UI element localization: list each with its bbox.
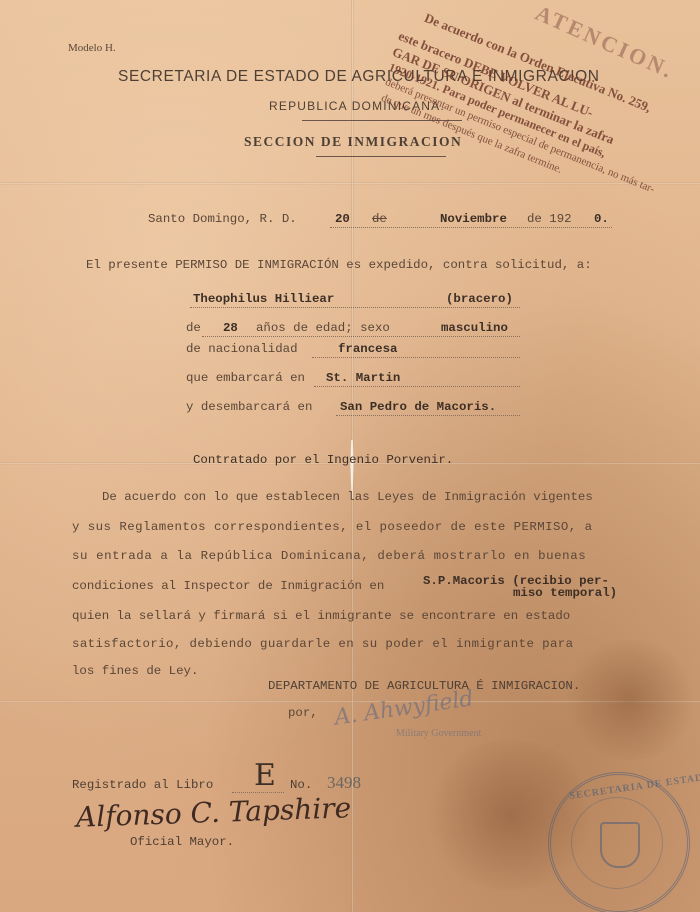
officer-title: Military Government	[396, 728, 481, 739]
seal-inner-ring	[571, 797, 663, 889]
date-year-prefix: de 192	[527, 212, 572, 226]
attention-stamp: ATENCION. De acuerdo con la Orden Ejecut…	[392, 4, 692, 214]
body-line: y sus Reglamentos correspondientes, el p…	[72, 520, 592, 534]
date-month: Noviembre	[440, 212, 507, 226]
holder-nationality: francesa	[338, 342, 398, 356]
embark-port: St. Martin	[326, 371, 400, 385]
body-line: De acuerdo con lo que establecen las Ley…	[102, 490, 593, 504]
body-line: satisfactorio, debiendo guardarle en su …	[72, 637, 573, 651]
age-label: de	[186, 321, 201, 335]
dotted-line	[202, 336, 520, 337]
coat-of-arms-icon	[600, 822, 640, 868]
intro-permit: PERMISO DE INMIGRACIÓN	[175, 258, 339, 272]
form-model: Modelo H.	[68, 42, 116, 54]
dotted-line	[190, 307, 520, 308]
holder-age: 28	[223, 321, 238, 335]
disembark-port: San Pedro de Macoris.	[340, 400, 496, 414]
body-line: quien la sellará y firmará si el inmigra…	[72, 609, 570, 623]
stain	[560, 640, 700, 760]
intro-prefix: El presente	[86, 258, 175, 272]
body-line: condiciones al Inspector de Inmigración …	[72, 579, 384, 593]
embark-label: que embarcará en	[186, 371, 305, 385]
nationality-label: de nacionalidad	[186, 342, 298, 356]
dotted-line	[312, 357, 520, 358]
dotted-line	[336, 415, 520, 416]
registry-label: Registrado al Libro	[72, 778, 213, 792]
holder-name: Theophilus Hilliear	[193, 292, 334, 306]
date-de: de	[372, 212, 387, 226]
holder-sex: masculino	[441, 321, 508, 335]
registry-book: E	[254, 758, 276, 793]
mayor-title: Oficial Mayor.	[130, 835, 234, 849]
department-name: DEPARTAMENTO DE AGRICULTURA É INMIGRACIO…	[268, 679, 580, 693]
registry-number: 3498	[327, 773, 361, 793]
disembark-label: y desembarcará en	[186, 400, 312, 414]
official-seal: SECRETARIA DE ESTADO	[548, 772, 690, 912]
intro-suffix: es expedido, contra solicitud, a:	[339, 258, 592, 272]
por-label: por,	[288, 706, 318, 720]
registry-no-label: No.	[290, 778, 312, 792]
date-day: 20	[335, 212, 350, 226]
date-dotted-line	[330, 227, 612, 228]
inspection-note: miso temporal)	[513, 586, 617, 600]
dotted-line	[314, 386, 520, 387]
holder-occupation: (bracero)	[446, 292, 513, 306]
body-line: los fines de Ley.	[72, 664, 198, 678]
age-suffix: años de edad; sexo	[256, 321, 390, 335]
date-year-suffix: 0.	[594, 212, 609, 226]
body-line: su entrada a la República Dominicana, de…	[72, 549, 586, 563]
date-place: Santo Domingo, R. D.	[148, 212, 297, 226]
intro-line: El presente PERMISO DE INMIGRACIÓN es ex…	[86, 258, 592, 272]
contracted-by: Contratado por el Ingenio Porvenir.	[193, 453, 453, 467]
